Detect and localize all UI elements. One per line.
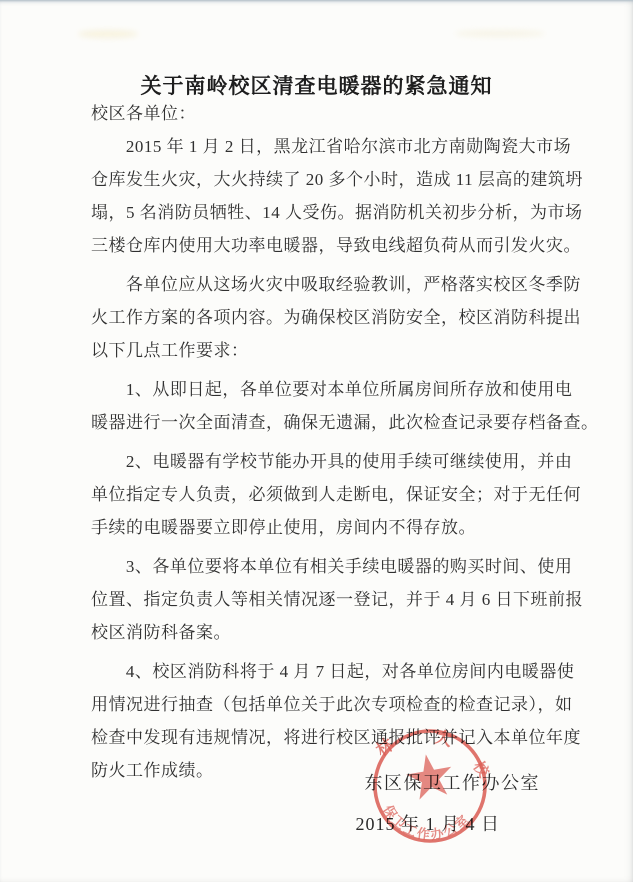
body-line: 2015 年 1 月 2 日，黑龙江省哈尔滨市北方南勋陶瓷大市场 [91,130,541,163]
document-title: 关于南岭校区清查电暖器的紧急通知 [0,70,633,100]
body-line: 校区消防科备案。 [91,616,541,649]
seal-bottom-arc-text: 保卫工作办公室 [380,802,472,842]
body-line: 校区各单位： [91,97,541,130]
scan-smudge [78,30,138,38]
seal-star-icon [403,750,455,801]
seal-right-char: 校 [469,757,493,781]
body-line: 4、校区消防科将于 4 月 7 日起，对各单位房间内电暖器使 [91,655,541,688]
body-line: 1、从即日起，各单位要对本单位所属房间所存放和使用电 [91,373,541,406]
body-line: 位置、指定负责人等相关情况逐一登记，并于 4 月 6 日下班前报 [91,583,541,616]
body-line: 仓库发生火灾，大火持续了 20 多个小时，造成 11 层高的建筑坍 [91,163,541,196]
seal-top-right-char: 大 [433,726,454,750]
body-line: 以下几点工作要求： [91,334,541,367]
body-line: 三楼仓库内使用大功率电暖器，导致电线超负荷从而引发火灾。 [91,229,541,262]
body-line: 2、电暖器有学校节能办开具的使用手续可继续使用，并由 [91,445,541,478]
body-line: 各单位应从这场火灾中吸取经验教训，严格落实校区冬季防 [91,268,541,301]
seal-top-left-char: 林 [372,733,398,760]
document-body: 校区各单位：2015 年 1 月 2 日，黑龙江省哈尔滨市北方南勋陶瓷大市场仓库… [91,97,541,787]
body-line: 3、各单位要将本单位有相关手续电暖器的购买时间、使用 [91,550,541,583]
body-line: 手续的电暖器要立即停止使用，房间内不得存放。 [91,511,541,544]
body-line: 火工作方案的各项内容。为确保校区消防安全，校区消防科提出 [91,301,541,334]
body-line: 暖器进行一次全面清查，确保无遗漏，此次检查记录要存档备查。 [91,406,541,439]
scan-smudge [455,30,545,37]
scanned-notice-page: 关于南岭校区清查电暖器的紧急通知 校区各单位：2015 年 1 月 2 日，黑龙… [0,0,633,882]
scanner-edge-artifact [0,0,633,2]
body-line: 单位指定专人负责，必须做到人走断电，保证安全；对于无任何 [91,478,541,511]
body-line: 塌，5 名消防员牺牲、14 人受伤。据消防机关初步分析，为市场 [91,196,541,229]
official-red-seal-stamp: 林 大 校 保卫工作办公室 [350,706,510,866]
